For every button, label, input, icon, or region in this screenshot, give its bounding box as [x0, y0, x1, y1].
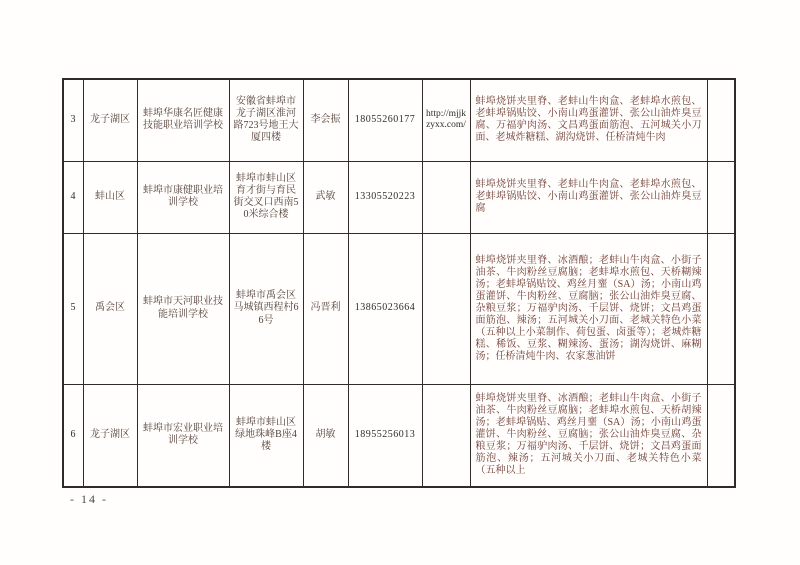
cell-address: 安徽省蚌埠市龙子湖区淮河路723号地王大厦四楼: [229, 79, 303, 161]
cell-contact: 武敏: [303, 161, 348, 233]
cell-row-number: 5: [63, 233, 83, 384]
cell-phone: 13865023664: [348, 233, 422, 384]
cell-specialties: 蚌埠烧饼夹里脊、老蚌山牛肉盒、老蚌埠水煎包、老蚌埠锅贴饺、小南山鸡蛋灌饼、张公山…: [470, 161, 707, 233]
cell-notes: [707, 161, 735, 233]
table-row: 6 龙子湖区 蚌埠市宏业职业培训学校 蚌埠市蚌山区绿地珠峰B座4楼 胡敏 189…: [63, 384, 735, 487]
cell-website: [422, 384, 470, 487]
table-row: 5 禹会区 蚌埠市天河职业技能培训学校 蚌埠市禹会区马城镇西程村66号 冯晋利 …: [63, 233, 735, 384]
cell-specialties: 蚌埠烧饼夹里脊、冰酒酿；老蚌山牛肉盒、小街子油茶、牛肉粉丝豆腐脑；老蚌埠水煎包、…: [470, 233, 707, 384]
page-number: - 14 -: [70, 492, 108, 507]
cell-website: http://mjjkzyxx.com/: [422, 79, 470, 161]
cell-specialties: 蚌埠烧饼夹里脊、老蚌山牛肉盒、老蚌埠水煎包、老蚌埠锅贴饺、小南山鸡蛋灌饼、张公山…: [470, 79, 707, 161]
table-row: 3 龙子湖区 蚌埠华康名匠健康技能职业培训学校 安徽省蚌埠市龙子湖区淮河路723…: [63, 79, 735, 161]
cell-school-name: 蚌埠市天河职业技能培训学校: [137, 233, 229, 384]
cell-phone: 18055260177: [348, 79, 422, 161]
cell-row-number: 6: [63, 384, 83, 487]
cell-school-name: 蚌埠市康健职业培训学校: [137, 161, 229, 233]
cell-row-number: 3: [63, 79, 83, 161]
cell-district: 龙子湖区: [83, 79, 137, 161]
cell-row-number: 4: [63, 161, 83, 233]
cell-school-name: 蚌埠华康名匠健康技能职业培训学校: [137, 79, 229, 161]
cell-address: 蚌埠市蚌山区绿地珠峰B座4楼: [229, 384, 303, 487]
cell-address: 蚌埠市禹会区马城镇西程村66号: [229, 233, 303, 384]
cell-website: [422, 161, 470, 233]
cell-contact: 胡敏: [303, 384, 348, 487]
cell-contact: 冯晋利: [303, 233, 348, 384]
cell-website: [422, 233, 470, 384]
cell-phone: 18955256013: [348, 384, 422, 487]
cell-notes: [707, 79, 735, 161]
table-body: 3 龙子湖区 蚌埠华康名匠健康技能职业培训学校 安徽省蚌埠市龙子湖区淮河路723…: [63, 79, 735, 487]
cell-notes: [707, 384, 735, 487]
document-page: 3 龙子湖区 蚌埠华康名匠健康技能职业培训学校 安徽省蚌埠市龙子湖区淮河路723…: [0, 0, 800, 565]
cell-phone: 13305520223: [348, 161, 422, 233]
cell-district: 蚌山区: [83, 161, 137, 233]
cell-school-name: 蚌埠市宏业职业培训学校: [137, 384, 229, 487]
cell-district: 禹会区: [83, 233, 137, 384]
training-schools-table: 3 龙子湖区 蚌埠华康名匠健康技能职业培训学校 安徽省蚌埠市龙子湖区淮河路723…: [62, 78, 736, 488]
cell-contact: 李会振: [303, 79, 348, 161]
cell-notes: [707, 233, 735, 384]
cell-specialties: 蚌埠烧饼夹里脊、冰酒酿；老蚌山牛肉盒、小街子油茶、牛肉粉丝豆腐脑；老蚌埠水煎包、…: [470, 384, 707, 487]
table-row: 4 蚌山区 蚌埠市康健职业培训学校 蚌埠市蚌山区育才街与育民街交叉口西南50米综…: [63, 161, 735, 233]
cell-district: 龙子湖区: [83, 384, 137, 487]
cell-address: 蚌埠市蚌山区育才街与育民街交叉口西南50米综合楼: [229, 161, 303, 233]
